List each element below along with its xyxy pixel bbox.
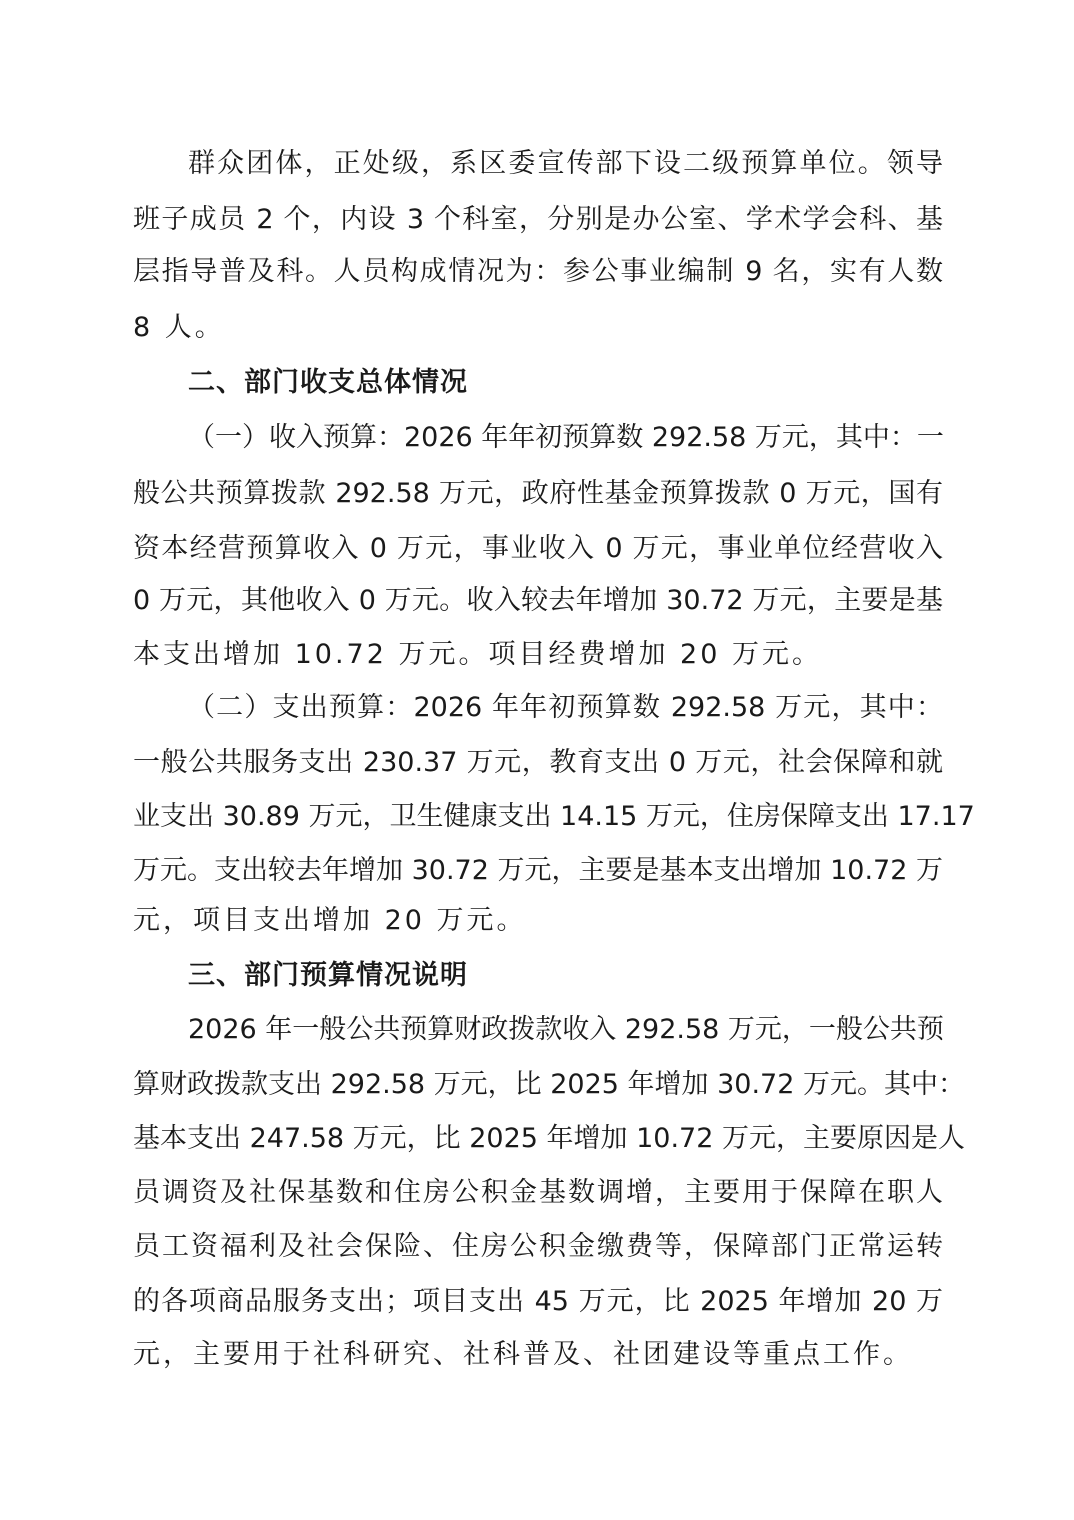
- text-line: 资本经营预算收入 0 万元，事业收入 0 万元，事业单位经营收入: [133, 529, 943, 569]
- text-line: 般公共预算拨款 292.58 万元，政府性基金预算拨款 0 万元，国有: [133, 474, 943, 514]
- section-heading-budget-explanation: 三、部门预算情况说明: [188, 956, 468, 996]
- text-line: 员调资及社保基数和住房公积金基数调增，主要用于保障在职人: [133, 1173, 943, 1213]
- text-line: 的各项商品服务支出；项目支出 45 万元，比 2025 年增加 20 万: [133, 1282, 943, 1322]
- text-line: 班子成员 2 个，内设 3 个科室，分别是办公室、学术学会科、基: [133, 200, 943, 240]
- text-line: 本支出增加 10.72 万元。项目经费增加 20 万元。: [133, 635, 943, 675]
- text-line: 0 万元，其他收入 0 万元。收入较去年增加 30.72 万元，主要是基: [133, 581, 943, 621]
- text-line: 一般公共服务支出 230.37 万元，教育支出 0 万元，社会保障和就: [133, 743, 943, 783]
- text-line: 2026 年一般公共预算财政拨款收入 292.58 万元，一般公共预: [188, 1010, 943, 1050]
- text-line: 层指导普及科。人员构成情况为：参公事业编制 9 名，实有人数: [133, 252, 943, 292]
- text-line: 万元。支出较去年增加 30.72 万元，主要是基本支出增加 10.72 万: [133, 851, 943, 891]
- section-heading-income-expenditure-overview: 二、部门收支总体情况: [188, 363, 468, 403]
- text-line: 基本支出 247.58 万元，比 2025 年增加 10.72 万元，主要原因是…: [133, 1119, 943, 1159]
- document-page: 群众团体，正处级，系区委宣传部下设二级预算单位。领导 班子成员 2 个，内设 3…: [0, 0, 1074, 1520]
- text-line: 业支出 30.89 万元，卫生健康支出 14.15 万元，住房保障支出 17.1…: [133, 797, 943, 837]
- text-line: 8 人。: [133, 308, 943, 348]
- text-line: （二）支出预算：2026 年年初预算数 292.58 万元，其中：: [188, 688, 943, 728]
- text-line: 元，主要用于社科研究、社科普及、社团建设等重点工作。: [133, 1335, 943, 1375]
- text-line: （一）收入预算：2026 年年初预算数 292.58 万元，其中：一: [188, 418, 943, 458]
- text-line: 群众团体，正处级，系区委宣传部下设二级预算单位。领导: [188, 144, 943, 184]
- text-line: 元，项目支出增加 20 万元。: [133, 901, 943, 941]
- text-line: 算财政拨款支出 292.58 万元，比 2025 年增加 30.72 万元。其中…: [133, 1065, 943, 1105]
- text-line: 员工资福利及社会保险、住房公积金缴费等，保障部门正常运转: [133, 1227, 943, 1267]
